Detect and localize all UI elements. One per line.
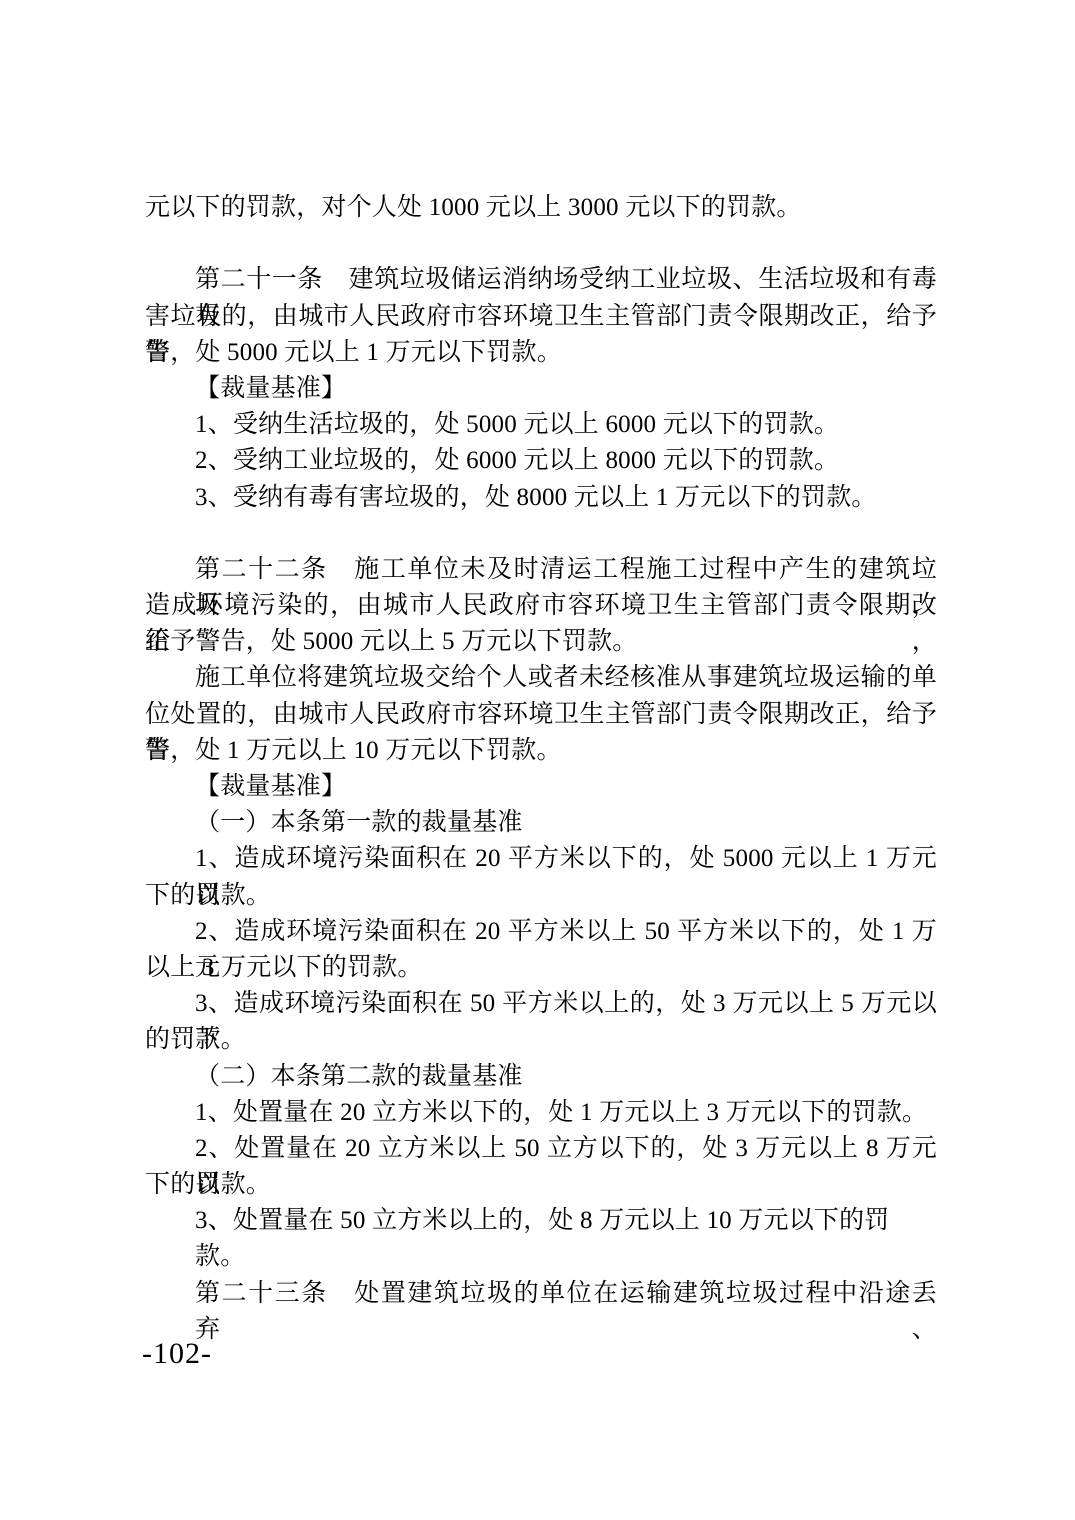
text-line: 第二十一条 建筑垃圾储运消纳场受纳工业垃圾、生活垃圾和有毒有	[145, 262, 937, 298]
text-line: 第二十二条 施工单位未及时清运工程施工过程中产生的建筑垃圾，	[145, 552, 937, 588]
text-line: 1、处置量在 20 立方米以下的，处 1 万元以上 3 万元以下的罚款。	[145, 1095, 937, 1131]
text-line: 位处置的，由城市人民政府市容环境卫生主管部门责令限期改正，给予警	[145, 697, 937, 733]
text-line: 告，处 5000 元以上 1 万元以下罚款。	[145, 335, 937, 371]
text-line: 2、处置量在 20 立方米以上 50 立方以下的，处 3 万元以上 8 万元以	[145, 1131, 937, 1167]
text-line: 2、造成环境污染面积在 20 平方米以上 50 平方米以下的，处 1 万元	[145, 914, 937, 950]
text-line: （二）本条第二款的裁量基准	[145, 1059, 937, 1095]
text-line: （一）本条第一款的裁量基准	[145, 805, 937, 841]
text-line: 下的罚款。	[145, 1167, 937, 1203]
text-line: 施工单位将建筑垃圾交给个人或者未经核准从事建筑垃圾运输的单	[145, 660, 937, 696]
text-line: 告，处 1 万元以上 10 万元以下罚款。	[145, 733, 937, 769]
blank-line	[145, 1239, 937, 1275]
text-line: 害垃圾的，由城市人民政府市容环境卫生主管部门责令限期改正，给予警	[145, 299, 937, 335]
text-line: 【裁量基准】	[145, 371, 937, 407]
text-line: 3、造成环境污染面积在 50 平方米以上的，处 3 万元以上 5 万元以下	[145, 986, 937, 1022]
text-line: 下的罚款。	[145, 878, 937, 914]
text-line: 以上 3 万元以下的罚款。	[145, 950, 937, 986]
text-line: 的罚款。	[145, 1022, 937, 1058]
blank-line	[145, 516, 937, 552]
text-line: 2、受纳工业垃圾的，处 6000 元以上 8000 元以下的罚款。	[145, 443, 937, 479]
page-number: -102-	[142, 1336, 212, 1372]
text-line: 第二十三条 处置建筑垃圾的单位在运输建筑垃圾过程中沿途丢弃、	[145, 1276, 937, 1312]
document-body: 元以下的罚款，对个人处 1000 元以上 3000 元以下的罚款。第二十一条 建…	[145, 190, 937, 1312]
text-line: 3、受纳有毒有害垃圾的，处 8000 元以上 1 万元以下的罚款。	[145, 480, 937, 516]
text-line: 1、造成环境污染面积在 20 平方米以下的，处 5000 元以上 1 万元以	[145, 841, 937, 877]
text-line: 造成环境污染的，由城市人民政府市容环境卫生主管部门责令限期改正，	[145, 588, 937, 624]
blank-line	[145, 226, 937, 262]
text-line: 1、受纳生活垃圾的，处 5000 元以上 6000 元以下的罚款。	[145, 407, 937, 443]
text-line: 3、处置量在 50 立方米以上的，处 8 万元以上 10 万元以下的罚款。	[145, 1203, 937, 1239]
text-line: 【裁量基准】	[145, 769, 937, 805]
document-page: 元以下的罚款，对个人处 1000 元以上 3000 元以下的罚款。第二十一条 建…	[0, 0, 1075, 1520]
text-line: 元以下的罚款，对个人处 1000 元以上 3000 元以下的罚款。	[145, 190, 937, 226]
